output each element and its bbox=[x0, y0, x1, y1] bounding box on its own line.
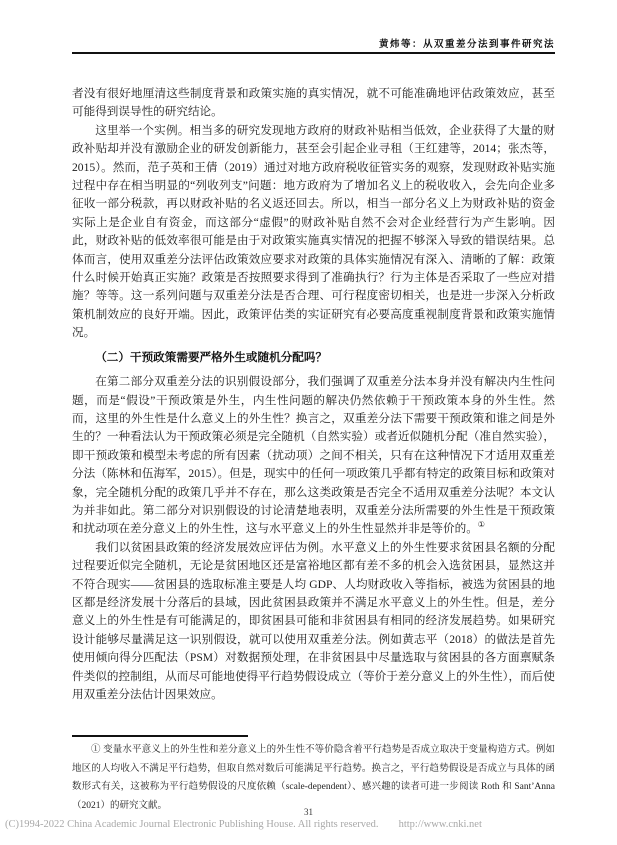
footnote-separator bbox=[72, 735, 248, 737]
page-number: 31 bbox=[0, 807, 617, 817]
paragraph-poverty-county: 我们以贫困县政策的经济发展效应评估为例。水平意义上的外生性要求贫困县名额的分配过… bbox=[72, 539, 555, 705]
section-subheading: （二）干预政策需要严格外生或随机分配吗？ bbox=[72, 349, 555, 367]
journal-page: 黄炜等：从双重差分法到事件研究法 者没有很好地厘清这些制度背景和政策实施的真实情… bbox=[0, 0, 617, 845]
running-header-title: 黄炜等：从双重差分法到事件研究法 bbox=[72, 36, 555, 50]
paragraph-continuation: 者没有很好地厘清这些制度背景和政策实施的真实情况，就不可能准确地评估政策效应，甚… bbox=[72, 85, 555, 122]
paragraph-text: 在第二部分双重差分法的识别假设部分，我们强调了双重差分法本身并没有解决内生性问题… bbox=[72, 375, 555, 535]
cnki-url: http://www.cnki.net bbox=[399, 819, 482, 830]
paragraph-exogeneity: 在第二部分双重差分法的识别假设部分，我们强调了双重差分法本身并没有解决内生性问题… bbox=[72, 373, 555, 539]
header-rule bbox=[72, 52, 555, 54]
copyright-footer: (C)1994-2022 China Academic Journal Elec… bbox=[5, 819, 612, 830]
paragraph-example: 这里举一个实例。相当多的研究发现地方政府的财政补贴相当低效，企业获得了大量的财政… bbox=[72, 122, 555, 343]
article-body: 者没有很好地厘清这些制度背景和政策实施的真实情况，就不可能准确地评估政策效应，甚… bbox=[72, 85, 555, 704]
footnote-ref-marker: ① bbox=[478, 520, 485, 529]
footnote-text: ① 变量水平意义上的外生性和差分意义上的外生性不等价隐含着平行趋势是否成立取决于… bbox=[72, 741, 555, 815]
copyright-text: (C)1994-2022 China Academic Journal Elec… bbox=[5, 819, 379, 830]
